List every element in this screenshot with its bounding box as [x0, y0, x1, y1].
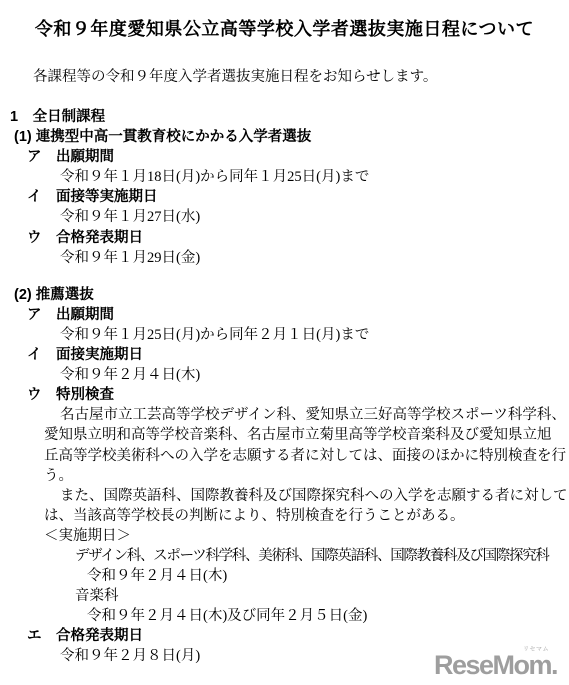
date-line: 令和９年１月29日(金) [0, 248, 569, 268]
date-line: 令和９年１月25日(月)から同年２月１日(月)まで [0, 325, 569, 345]
paragraph-line: 名古屋市立工芸高等学校デザイン科、愛知県立三好高等学校スポーツ科学科、 [0, 405, 569, 425]
item-heading: ア 出願期間 [0, 147, 569, 167]
page-title: 令和９年度愛知県公立高等学校入学者選抜実施日程について [0, 15, 569, 41]
paragraph-line: は、当該高等学校長の判断により、特別検査を行うことがある。 [0, 506, 569, 526]
date-line: 令和９年２月４日(木) [0, 365, 569, 385]
bracket-heading: ＜実施期日＞ [0, 526, 569, 546]
document-body: 1 全日制課程 (1) 連携型中高一貫教育校にかかる入学者選抜 ア 出願期間 令… [0, 107, 569, 667]
date-line: 令和９年１月27日(水) [0, 207, 569, 227]
subsection-heading: (2) 推薦選抜 [0, 285, 569, 305]
item-heading: イ 面接実施期日 [0, 345, 569, 365]
paragraph-line: 愛知県立明和高等学校音楽科、名古屋市立菊里高等学校音楽科及び愛知県立旭 [0, 425, 569, 445]
paragraph-line: また、国際英語科、国際教養科及び国際探究科への入学を志願する者に対して [0, 486, 569, 506]
paragraph-line: う。 [0, 466, 569, 486]
paragraph-line: 丘高等学校美術科への入学を志願する者に対しては、面接のほかに特別検査を行 [0, 446, 569, 466]
item-heading: ア 出願期間 [0, 305, 569, 325]
subsection-heading: (1) 連携型中高一貫教育校にかかる入学者選抜 [0, 127, 569, 147]
section-heading: 1 全日制課程 [0, 107, 569, 127]
resemom-logo: ReseMom. リセマム [434, 652, 557, 679]
item-heading: ウ 合格発表期日 [0, 228, 569, 248]
course-list-line: 音楽科 [0, 586, 569, 606]
intro-text: 各課程等の令和９年度入学者選抜実施日程をお知らせします。 [0, 65, 569, 86]
item-heading: ウ 特別検査 [0, 385, 569, 405]
resemom-logo-text: ReseMom. [434, 650, 557, 680]
item-heading: エ 合格発表期日 [0, 626, 569, 646]
date-line: 令和９年２月４日(木)及び同年２月５日(金) [0, 606, 569, 626]
item-heading: イ 面接等実施期日 [0, 187, 569, 207]
date-line: 令和９年１月18日(月)から同年１月25日(月)まで [0, 167, 569, 187]
resemom-logo-ruby: リセマム [523, 647, 549, 653]
course-list-line: デザイン科、スポーツ科学科、美術科、国際英語科、国際教養科及び国際探究科 [0, 546, 569, 566]
date-line: 令和９年２月４日(木) [0, 566, 569, 586]
